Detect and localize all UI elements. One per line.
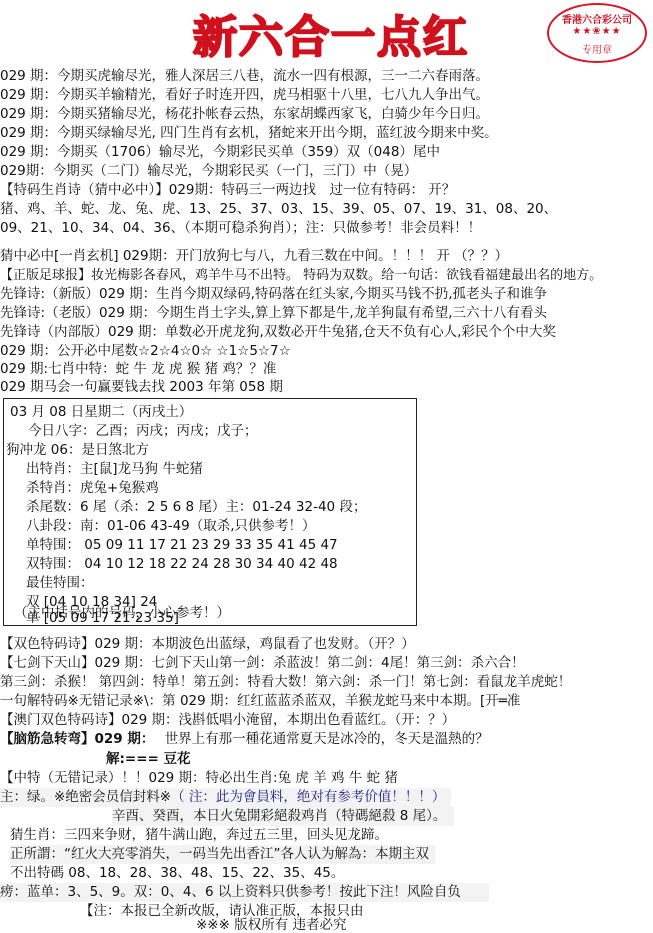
color-tip-line: 痨：蓝单：3、5、9。双：0、4、6 以上资料只供参考！按此下注！风险自负: [0, 883, 489, 902]
secret-note: （ 注：此为會員料，绝对有参考价值！！！）: [171, 789, 445, 805]
riddle-prefix: 【脑筋急转弯】029 期：: [0, 731, 154, 747]
zodiac-numbers-line-2: 09、21、10、34、04、36、（本期可稳杀狗肖）；注：只做参考！非会员料！…: [0, 219, 481, 238]
prediction-line-2: 029 期：今期买羊输精光，看好子时连开四，虎马相驱十八里，七八九人争出气。: [0, 86, 489, 105]
almanac-out-zodiac: 出特肖：主[鼠]龙马狗 牛蛇猪: [26, 460, 203, 479]
jockey-club-line: 029 期马会一句赢要钱去找 2003 年第 058 期: [0, 378, 283, 397]
special-zodiac-line: 【中特（无错记录）！！029 期：特必出生肖:兔 虎 羊 鸡 牛 蛇 猪: [0, 769, 398, 788]
copyright-line: ※※※ 版权所有 违者必究: [196, 918, 347, 933]
almanac-note: （主中括号内的号码，小心参考！）: [14, 604, 230, 623]
seven-zodiac-line: 029 期:七肖中特：蛇 牛 龙 虎 猴 猪 鸡？？准: [0, 360, 276, 379]
almanac-bazi: 今日八字：乙酉；丙戌；丙戌；戊子；: [28, 422, 258, 441]
prediction-line-3: 029 期：今期买猪输尽光，杨花扑帐春云热，东家胡蝶西家飞，白骑少年今日归。: [0, 105, 489, 124]
zodiac-poem-line: 【特码生肖诗（猜中必中）】029期：特码三一两边找 过一位有特码： 开？: [0, 181, 455, 200]
seven-swords-line-1: 【七剑下天山】029 期：七剑下天山第一剑：杀蓝波！第二剑：4尾！第三剑：杀六合…: [0, 654, 525, 673]
one-sentence-line: 一句解特码※无错记录※\：第 029 期：红红蓝蓝杀蓝双，羊猴龙蛇马来中本期。[…: [0, 692, 520, 711]
pioneer-poem-old: 先锋诗:（老版）029 期：今期生肖土字头,算上算下都是牛,龙羊狗鼠有希望,三六…: [0, 304, 547, 323]
riddle-answer: 解:=== 豆花: [106, 750, 191, 769]
page-title: 新六合一点红: [186, 10, 476, 66]
football-paper-line: 【正版足球报】妆光梅影各春风，鸡羊牛马不出特。 特码为双数。给一句话：欲钱看福建…: [0, 266, 602, 285]
riddle-question: 世界上有那一種花通常夏天是冰冷的，冬天是溫熱的？: [165, 731, 489, 747]
header: 新六合一点红 香港六合彩公司 ★★❀★★ 专用章: [0, 0, 653, 68]
company-seal-stamp: 香港六合彩公司 ★★❀★★ 专用章: [547, 3, 647, 63]
macau-two-color-poem: 【澳门双色特码诗】029 期：浅斟低唱小淹留，本期出色看蓝红。（开：？）: [0, 711, 455, 730]
not-out-numbers-line: 不出特碼 08、18、28、38、48、15、22、35、45。: [10, 864, 344, 883]
seven-swords-line-2: 第三剑：杀猴！ 第四剑：特单！第五剑：特看大数！第六剑：杀一门！第七剑：看鼠龙羊…: [0, 673, 571, 692]
prediction-line-6: 029期：今期买（二门）输尽光，今期彩民买（一门，三门）中（晃）: [0, 162, 417, 181]
xinyou-line: 辛酉、癸酉，本日火兔開彩絕殺鸡肖（特碼絕殺 8 尾）。: [112, 807, 454, 826]
stamp-stars-icon: ★★❀★★: [559, 26, 635, 37]
stamp-label: 专用章: [559, 41, 635, 56]
prediction-line-4: 029 期：今期买绿输尽光, 四门生肖有玄机，猪蛇来开出今期，蓝红波今期来中奖。: [0, 124, 498, 143]
prediction-line-1: 029 期：今期买虎输尽光，雅人深居三八巷，流水一四有根源，三一二六春雨落。: [0, 67, 489, 86]
almanac-kill-tail: 杀尾数：6 尾（杀：2 5 6 8 尾）主：01-24 32-40 段；: [26, 498, 366, 517]
mystery-zodiac-line: 猜中必中[一肖玄机] 029期：开门放狗七与八，九看三数在中间。！！！ 开 （？…: [0, 247, 508, 266]
stamp-company-name: 香港六合彩公司: [555, 11, 639, 26]
tail-number-line: 029 期：公开必中尾数☆2☆4☆0☆ ☆1☆5☆7☆: [0, 342, 291, 361]
almanac-box: 03 月 08 日星期二（丙戌土） 今日八字：乙酉；丙戌；丙戌；戊子； 狗冲龙 …: [3, 398, 417, 626]
almanac-odd-range: 单特围： 05 09 11 17 21 23 29 33 35 41 45 47: [26, 536, 338, 555]
guess-zodiac-line: 猜生肖：三四来争财，猪牛满山跑，奔过五三里，回头见龙蹄。: [10, 826, 388, 845]
saying-line: 正所謂：“红火大亮零消失，一码当先出香江”各人认为解為：本期主双: [10, 845, 435, 864]
pioneer-poem-new: 先锋诗:（新版）029 期：生肖今期双绿码,特码落在红头家,今期买马钱不扔,孤老…: [0, 285, 547, 304]
almanac-even-range: 双特围： 04 10 12 18 22 24 28 30 34 40 42 48: [26, 555, 338, 574]
pioneer-poem-internal: 先锋诗（内部版）029 期：单数必开虎龙狗,双数必开牛兔猪,仓天不负有心人,彩民…: [0, 323, 556, 342]
secret-member-line: 主：绿。※绝密会员信封料※（ 注：此为會員料，绝对有参考价值！！！）: [0, 788, 451, 807]
secret-prefix: 主：绿。※绝密会员信封料※: [0, 789, 171, 805]
almanac-kill-zodiac: 杀特肖：虎兔+兔猴鸡: [26, 479, 159, 498]
almanac-best-label: 最佳特围：: [26, 574, 94, 593]
two-color-poem: 【双色特码诗】029 期：本期波色出蓝绿，鸡鼠看了也发财。（开？）: [0, 635, 415, 654]
prediction-line-5: 029 期：今期买（1706）输尽光，今期彩民买单（359）双（048）尾中: [0, 143, 440, 162]
almanac-date: 03 月 08 日星期二（丙戌土）: [10, 403, 192, 422]
riddle-line: 【脑筋急转弯】029 期： 世界上有那一種花通常夏天是冰冷的，冬天是溫熱的？: [0, 730, 489, 749]
zodiac-numbers-line-1: 猪、鸡、羊、蛇、龙、兔、虎、13、25、37、03、15、39、05、07、19…: [0, 200, 557, 219]
almanac-clash: 狗冲龙 06：是日煞北方: [6, 441, 149, 460]
almanac-bagua: 八卦段：南：01-06 43-49（取杀,只供参考！）: [26, 517, 316, 536]
